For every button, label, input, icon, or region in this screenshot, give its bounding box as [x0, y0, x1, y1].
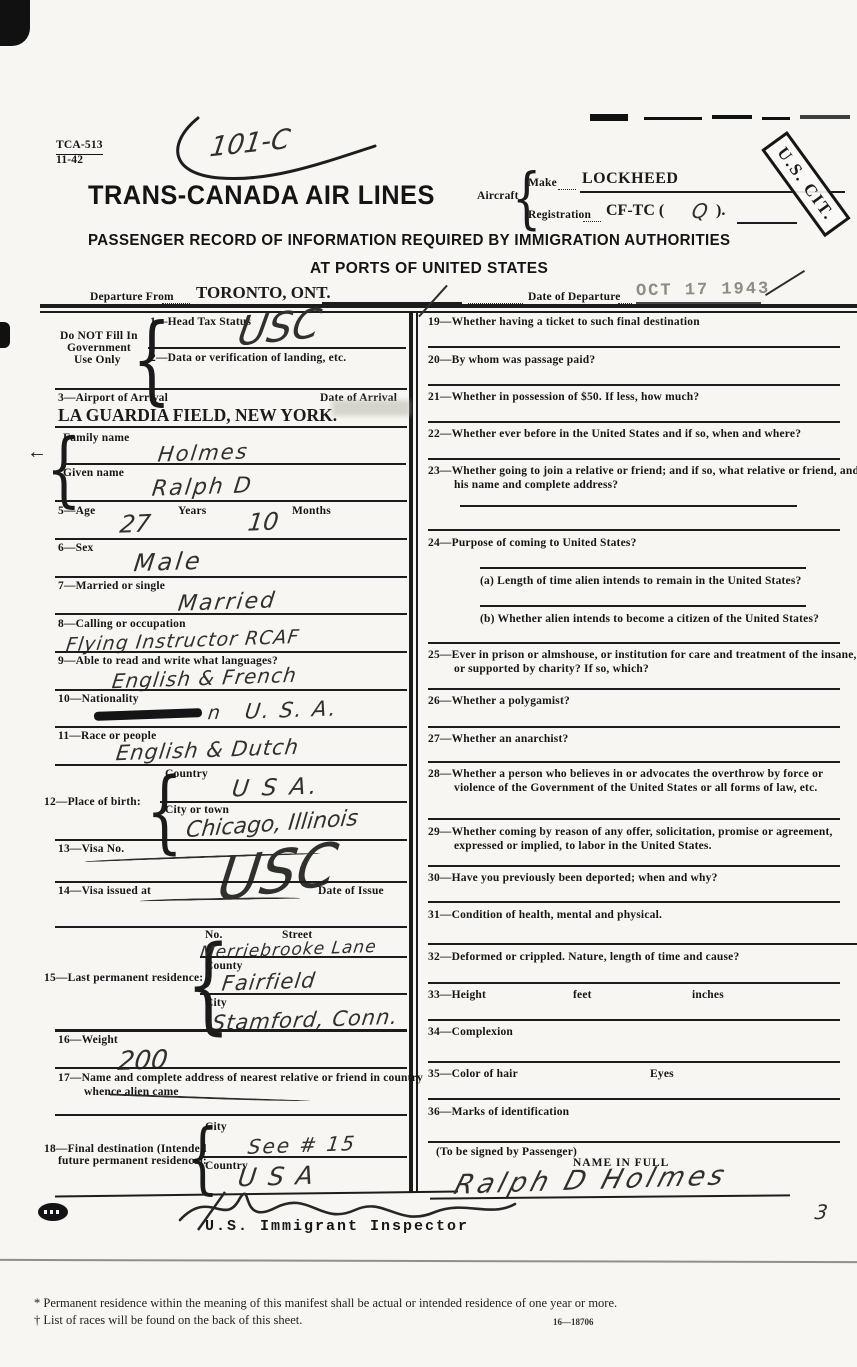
q12-country-handwriting: U S A.	[230, 773, 321, 802]
q1-label: 1—Head Tax Status	[150, 316, 251, 330]
arrival-stamp-smudge	[332, 400, 410, 416]
registration-line	[737, 222, 797, 224]
print-code: 16—18706	[553, 1317, 594, 1327]
make-label: Make	[528, 177, 557, 191]
record-title-line1: PASSENGER RECORD OF INFORMATION REQUIRED…	[88, 232, 730, 250]
q8-label: 8—Calling or occupation	[58, 618, 186, 632]
q15-line	[55, 1029, 407, 1032]
q27-label: 27—Whether an anarchist?	[428, 733, 857, 747]
q33-label: 33—Height	[428, 989, 486, 1003]
sign-line-above	[428, 1141, 840, 1143]
column-divider-thick	[409, 311, 413, 1193]
q22-line	[428, 458, 840, 460]
q11-line	[55, 764, 407, 766]
q33-feet-label: feet	[573, 989, 592, 1003]
q36-line-above	[428, 1098, 840, 1100]
registration-close: ).	[716, 202, 725, 220]
q32-label: 32—Deformed or crippled. Nature, length …	[428, 951, 857, 965]
q14-line	[55, 926, 407, 928]
departure-check-stroke	[765, 270, 805, 296]
scan-dash-2	[644, 117, 702, 120]
q13-handwriting: USC	[214, 829, 342, 916]
q15-county-handwriting: Fairfield	[221, 968, 318, 995]
q25-line-above	[428, 642, 840, 644]
q21-label: 21—Whether in possession of $50. If less…	[428, 391, 857, 405]
q16-line	[55, 1067, 407, 1069]
q13-label: 13—Visa No.	[58, 843, 124, 857]
q5-years-label: Years	[178, 505, 206, 519]
date-of-departure-label: Date of Departure	[528, 291, 621, 305]
q6-label: 6—Sex	[58, 542, 94, 556]
q1-line	[148, 347, 406, 349]
name-block-line	[55, 500, 407, 502]
family-name-label: Family name	[63, 432, 129, 446]
q12-line	[55, 839, 407, 841]
printer-union-logo-marks	[44, 1210, 62, 1214]
q2-label: 2—Data or verification of landing, etc.	[150, 352, 346, 366]
q34-label: 34—Complexion	[428, 1026, 513, 1040]
q10-handwriting: U. S. A.	[244, 696, 340, 723]
record-title-line2: AT PORTS OF UNITED STATES	[310, 260, 548, 278]
given-name-label: Given name	[63, 467, 124, 481]
form-code: TCA-513	[56, 139, 103, 155]
q23-label: 23—Whether going to join a relative or f…	[428, 465, 857, 492]
departure-from-value: TORONTO, ONT.	[196, 283, 331, 303]
q3-label: 3—Airport of Arrival	[58, 392, 168, 406]
q12-country-line	[160, 801, 407, 803]
q35-eyes-label: Eyes	[650, 1068, 674, 1082]
date-of-departure-stamp: OCT 17 1943	[636, 280, 771, 301]
q24b-line-above	[480, 605, 806, 607]
q34-line-above	[428, 1019, 840, 1021]
q10-line	[55, 726, 407, 728]
scan-streak-bottom	[0, 1259, 857, 1263]
scan-dash-5	[800, 115, 850, 119]
inspector-title: U.S. Immigrant Inspector	[205, 1218, 469, 1235]
q3-value: LA GUARDIA FIELD, NEW YORK.	[58, 405, 337, 426]
q32-line-above	[428, 943, 857, 945]
q36-label: 36—Marks of identification	[428, 1106, 569, 1120]
registration-label: Registration	[528, 209, 591, 223]
q18-city-line	[200, 1156, 407, 1158]
family-name-line	[62, 463, 406, 465]
q25-label: 25—Ever in prison or almshouse, or insti…	[428, 649, 857, 676]
q5-line	[55, 538, 407, 540]
q26-line-above	[428, 688, 840, 690]
q6-handwriting: Male	[132, 547, 204, 578]
q15-city-label: City	[205, 997, 227, 1011]
q22-label: 22—Whether ever before in the United Sta…	[428, 428, 857, 442]
q14-label: 14—Visa issued at	[58, 885, 151, 899]
q8-line	[55, 651, 407, 653]
scan-dash-3	[712, 115, 752, 119]
q30-line-above	[428, 865, 840, 867]
gov-only-3: Use Only	[74, 354, 121, 368]
q10-label: 10—Nationality	[58, 693, 139, 707]
given-name-handwriting: Ralph D	[150, 473, 254, 502]
q17-line	[55, 1114, 407, 1116]
q15-no-label: No.	[205, 929, 223, 943]
scan-dash-4	[762, 117, 790, 120]
q2-line	[55, 388, 407, 390]
q10-redaction-bar	[94, 708, 202, 721]
footnote-1: * Permanent residence within the meaning…	[34, 1296, 617, 1311]
q20-label: 20—By whom was passage paid?	[428, 354, 857, 368]
form-revision: 11-42	[56, 154, 83, 168]
q24a-line-above	[480, 567, 806, 569]
q21-line	[428, 421, 840, 423]
q29-label: 29—Whether coming by reason of any offer…	[428, 826, 857, 853]
q12-label: 12—Place of birth:	[44, 796, 141, 810]
q28-label: 28—Whether a person who believes in or a…	[428, 768, 857, 795]
q3-line	[55, 426, 407, 428]
q35-line-above	[428, 1061, 840, 1063]
q24b-label: (b) Whether alien intends to become a ci…	[480, 613, 840, 627]
q15-street-line	[200, 956, 407, 958]
registration-value: CF-TC (	[606, 202, 664, 220]
make-leader	[558, 188, 576, 190]
q6-line	[55, 576, 407, 578]
margin-mark-handwriting: 3	[814, 1200, 830, 1225]
q20-line	[428, 384, 840, 386]
scan-corner-blot	[0, 0, 30, 46]
q11-handwriting: English & Dutch	[115, 735, 301, 766]
q7-label: 7—Married or single	[58, 580, 165, 594]
q19-line	[428, 346, 840, 348]
q23-line	[428, 529, 840, 531]
q30-label: 30—Have you previously been deported; wh…	[428, 872, 857, 886]
q13-line	[55, 881, 407, 883]
q29-line-above	[428, 818, 840, 820]
airline-title: TRANS-CANADA AIR LINES	[88, 180, 435, 211]
printer-union-logo	[38, 1203, 68, 1221]
arrow-icon	[27, 446, 47, 460]
q15-label: 15—Last permanent residence:	[44, 972, 203, 986]
q18-label-2: future permanent residence):	[58, 1155, 207, 1169]
make-value: LOCKHEED	[582, 170, 678, 188]
registration-leader	[583, 220, 601, 222]
q33-line-above	[428, 982, 840, 984]
q5-label: 5—Age	[58, 505, 95, 519]
q31-line-above	[428, 901, 840, 903]
scan-dash-1	[590, 114, 628, 121]
q26-label: 26—Whether a polygamist?	[428, 695, 857, 709]
q5-years-handwriting: 27	[118, 509, 152, 538]
q27-line-above	[428, 726, 840, 728]
q10-handwriting-prefix: n	[207, 702, 222, 725]
column-divider-thin	[416, 311, 418, 1193]
sign-note: (To be signed by Passenger)	[436, 1146, 577, 1160]
q16-label: 16—Weight	[58, 1034, 118, 1048]
q24-label: 24—Purpose of coming to United States?	[428, 537, 857, 551]
scan-edge-blot	[0, 322, 10, 348]
q9-line	[55, 689, 407, 691]
q7-line	[55, 613, 407, 615]
q19-label: 19—Whether having a ticket to such final…	[428, 316, 857, 330]
q33-inches-label: inches	[692, 989, 724, 1003]
flight-number-flourish	[160, 112, 380, 187]
q28-line-above	[428, 761, 840, 763]
footnote-2: † List of races will be found on the bac…	[34, 1313, 302, 1328]
q23-line-inner	[460, 505, 797, 507]
q18-city-label: City	[205, 1121, 227, 1135]
q31-label: 31—Condition of health, mental and physi…	[428, 909, 857, 923]
q18-city-handwriting: See # 15	[247, 1131, 358, 1159]
q5-months-label: Months	[292, 505, 331, 519]
q12-country-label: Country	[165, 768, 208, 782]
registration-handwriting: Q	[691, 199, 710, 224]
q5-months-handwriting: 10	[246, 507, 280, 536]
scanned-form-page: TCA-513 11-42 101-C TRANS-CANADA AIR LIN…	[0, 0, 857, 1367]
q35-label: 35—Color of hair	[428, 1068, 518, 1082]
q14-date-label: Date of Issue	[318, 885, 384, 899]
q15-county-line	[200, 993, 407, 995]
q24a-label: (a) Length of time alien intends to rema…	[480, 575, 840, 589]
